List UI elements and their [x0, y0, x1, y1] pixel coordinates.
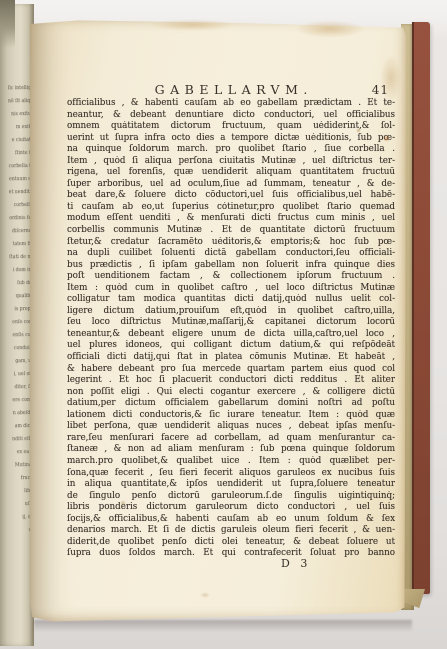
- text-line: march.pro quolibet,& qualibet uice . Ite…: [67, 456, 395, 468]
- signature-mark: D 3: [281, 557, 307, 570]
- text-fragment: ſic intellige: [8, 82, 34, 95]
- text-line: ti cauſam ab eo,ut ſuperius cótinetur,pr…: [67, 202, 395, 214]
- text-line: in aliqua quantitate,& ipſos uendiderit …: [67, 479, 395, 491]
- body-text: officialibus , & habenti cauſam ab eo ga…: [67, 98, 395, 560]
- text-line: denarios march. Et ſi de dictis garuleis…: [67, 525, 395, 537]
- spine-shadow-corner: [0, 0, 15, 48]
- text-line: ſtaneæ , & non ad aliam menſuram : ſub p…: [67, 444, 395, 456]
- running-title: GABELLARVM.: [67, 82, 395, 97]
- folio-number: 41: [372, 83, 389, 97]
- text-line: ſtetur,& credatur ſacramēto uéditoris,& …: [67, 237, 395, 249]
- book-page: GABELLARVM. 41 officialibus , & habenti …: [30, 18, 406, 622]
- text-line: ſona,quæ fecerit , ſeu fieri fecerit ali…: [67, 468, 395, 480]
- text-line: rare,ſeu menſurari facere ad corbellam, …: [67, 433, 395, 445]
- text-line: non poſſit eligi . Qui electi cogantur e…: [67, 387, 395, 399]
- text-fragment: nō ſit aliqu: [8, 95, 34, 108]
- text-line: modum eſſent uenditi , & menſurati dicti…: [67, 213, 395, 225]
- text-line: uel plures idoneos, qui colligant dictum…: [67, 340, 395, 352]
- text-fragment: m exitu: [8, 121, 34, 134]
- book-cover-edge: [412, 22, 430, 594]
- text-line: na dupli cuilibet ſoluenti dictā gabella…: [67, 248, 395, 260]
- text-line: datium,per dictum officialem gabellarum …: [67, 398, 395, 410]
- text-line: colligatur tam modica quantitas dicti da…: [67, 294, 395, 306]
- text-line: teneantur,& debeant eligere unum de dict…: [67, 329, 395, 341]
- running-head: GABELLARVM. 41: [67, 82, 395, 98]
- photo-of-open-book: ſic intelligenō ſit aliqunis exitusm exi…: [0, 0, 447, 649]
- text-line: ſeu loco diſtrictus Mutinæ,maſſarij,& ca…: [67, 317, 395, 329]
- text-line: ſocijs,& officialibus,& habenti cauſam a…: [67, 514, 395, 526]
- text-fragment: ſtinte ſu: [8, 147, 34, 160]
- text-line: poſt uenditionem factam , & collectionem…: [67, 271, 395, 283]
- text-line: & habere debeant pro ſua mercede quartam…: [67, 364, 395, 376]
- text-line: na quinque ſoldorum march. pro quolibet …: [67, 144, 395, 156]
- text-line: ſupra duos ſoldos march. Et qui contrafe…: [67, 548, 395, 560]
- text-line: beat dare,& ſoluere dicto cōductori,uel …: [67, 190, 395, 202]
- text-line: Item : quòd cum in quolibet caſtro , uel…: [67, 283, 395, 295]
- text-line: neantur, & debeant denuntiare dicto cond…: [67, 110, 395, 122]
- page-drop-shadow: [34, 620, 412, 632]
- text-line: lationem dicti conductoris,& ſic iurare …: [67, 410, 395, 422]
- text-line: legerint . Et hoc ſi placuerit conductor…: [67, 375, 395, 387]
- text-fragment: corbella ſu: [8, 160, 34, 173]
- text-line: de ſingulo penſo dictorū garuleorum.ſ.de…: [67, 491, 395, 503]
- text-fragment: nis exitus: [8, 108, 34, 121]
- text-line: rigena, uel forenſis, quæ uendiderit ali…: [67, 167, 395, 179]
- text-line: corbellis communis Mutinæ . Et de quanti…: [67, 225, 395, 237]
- text-line: bus prædictis , ſi ipſam gabellam non ſo…: [67, 260, 395, 272]
- text-line: uerint ut ſupra infra octo dies a tempor…: [67, 133, 395, 145]
- text-line: omnem quátitatem dictorum fructuum, quam…: [67, 121, 395, 133]
- text-line: ſuper arboribus, uel ad oculum,ſiue ad ſ…: [67, 179, 395, 191]
- text-fragment: e ciuitate: [8, 134, 34, 147]
- text-line: libet perſona, quæ uendiderit aliquas nu…: [67, 421, 395, 433]
- text-line: ligere dictum datium,prouiſum eſt,quòd i…: [67, 306, 395, 318]
- facing-page-edge: ſic intelligenō ſit aliqunis exitusm exi…: [0, 4, 34, 646]
- text-line: diderit,de quolibet penſo dicti olei ten…: [67, 537, 395, 549]
- text-line: officialibus , & habenti cauſam ab eo ga…: [67, 98, 395, 110]
- text-line: officiali dicti datij,qui ſtat in platea…: [67, 352, 395, 364]
- text-line: Item , quòd ſi aliqua perſona ciuitatis …: [67, 156, 395, 168]
- text-line: libris ponderis dictorum garuleorum dict…: [67, 502, 395, 514]
